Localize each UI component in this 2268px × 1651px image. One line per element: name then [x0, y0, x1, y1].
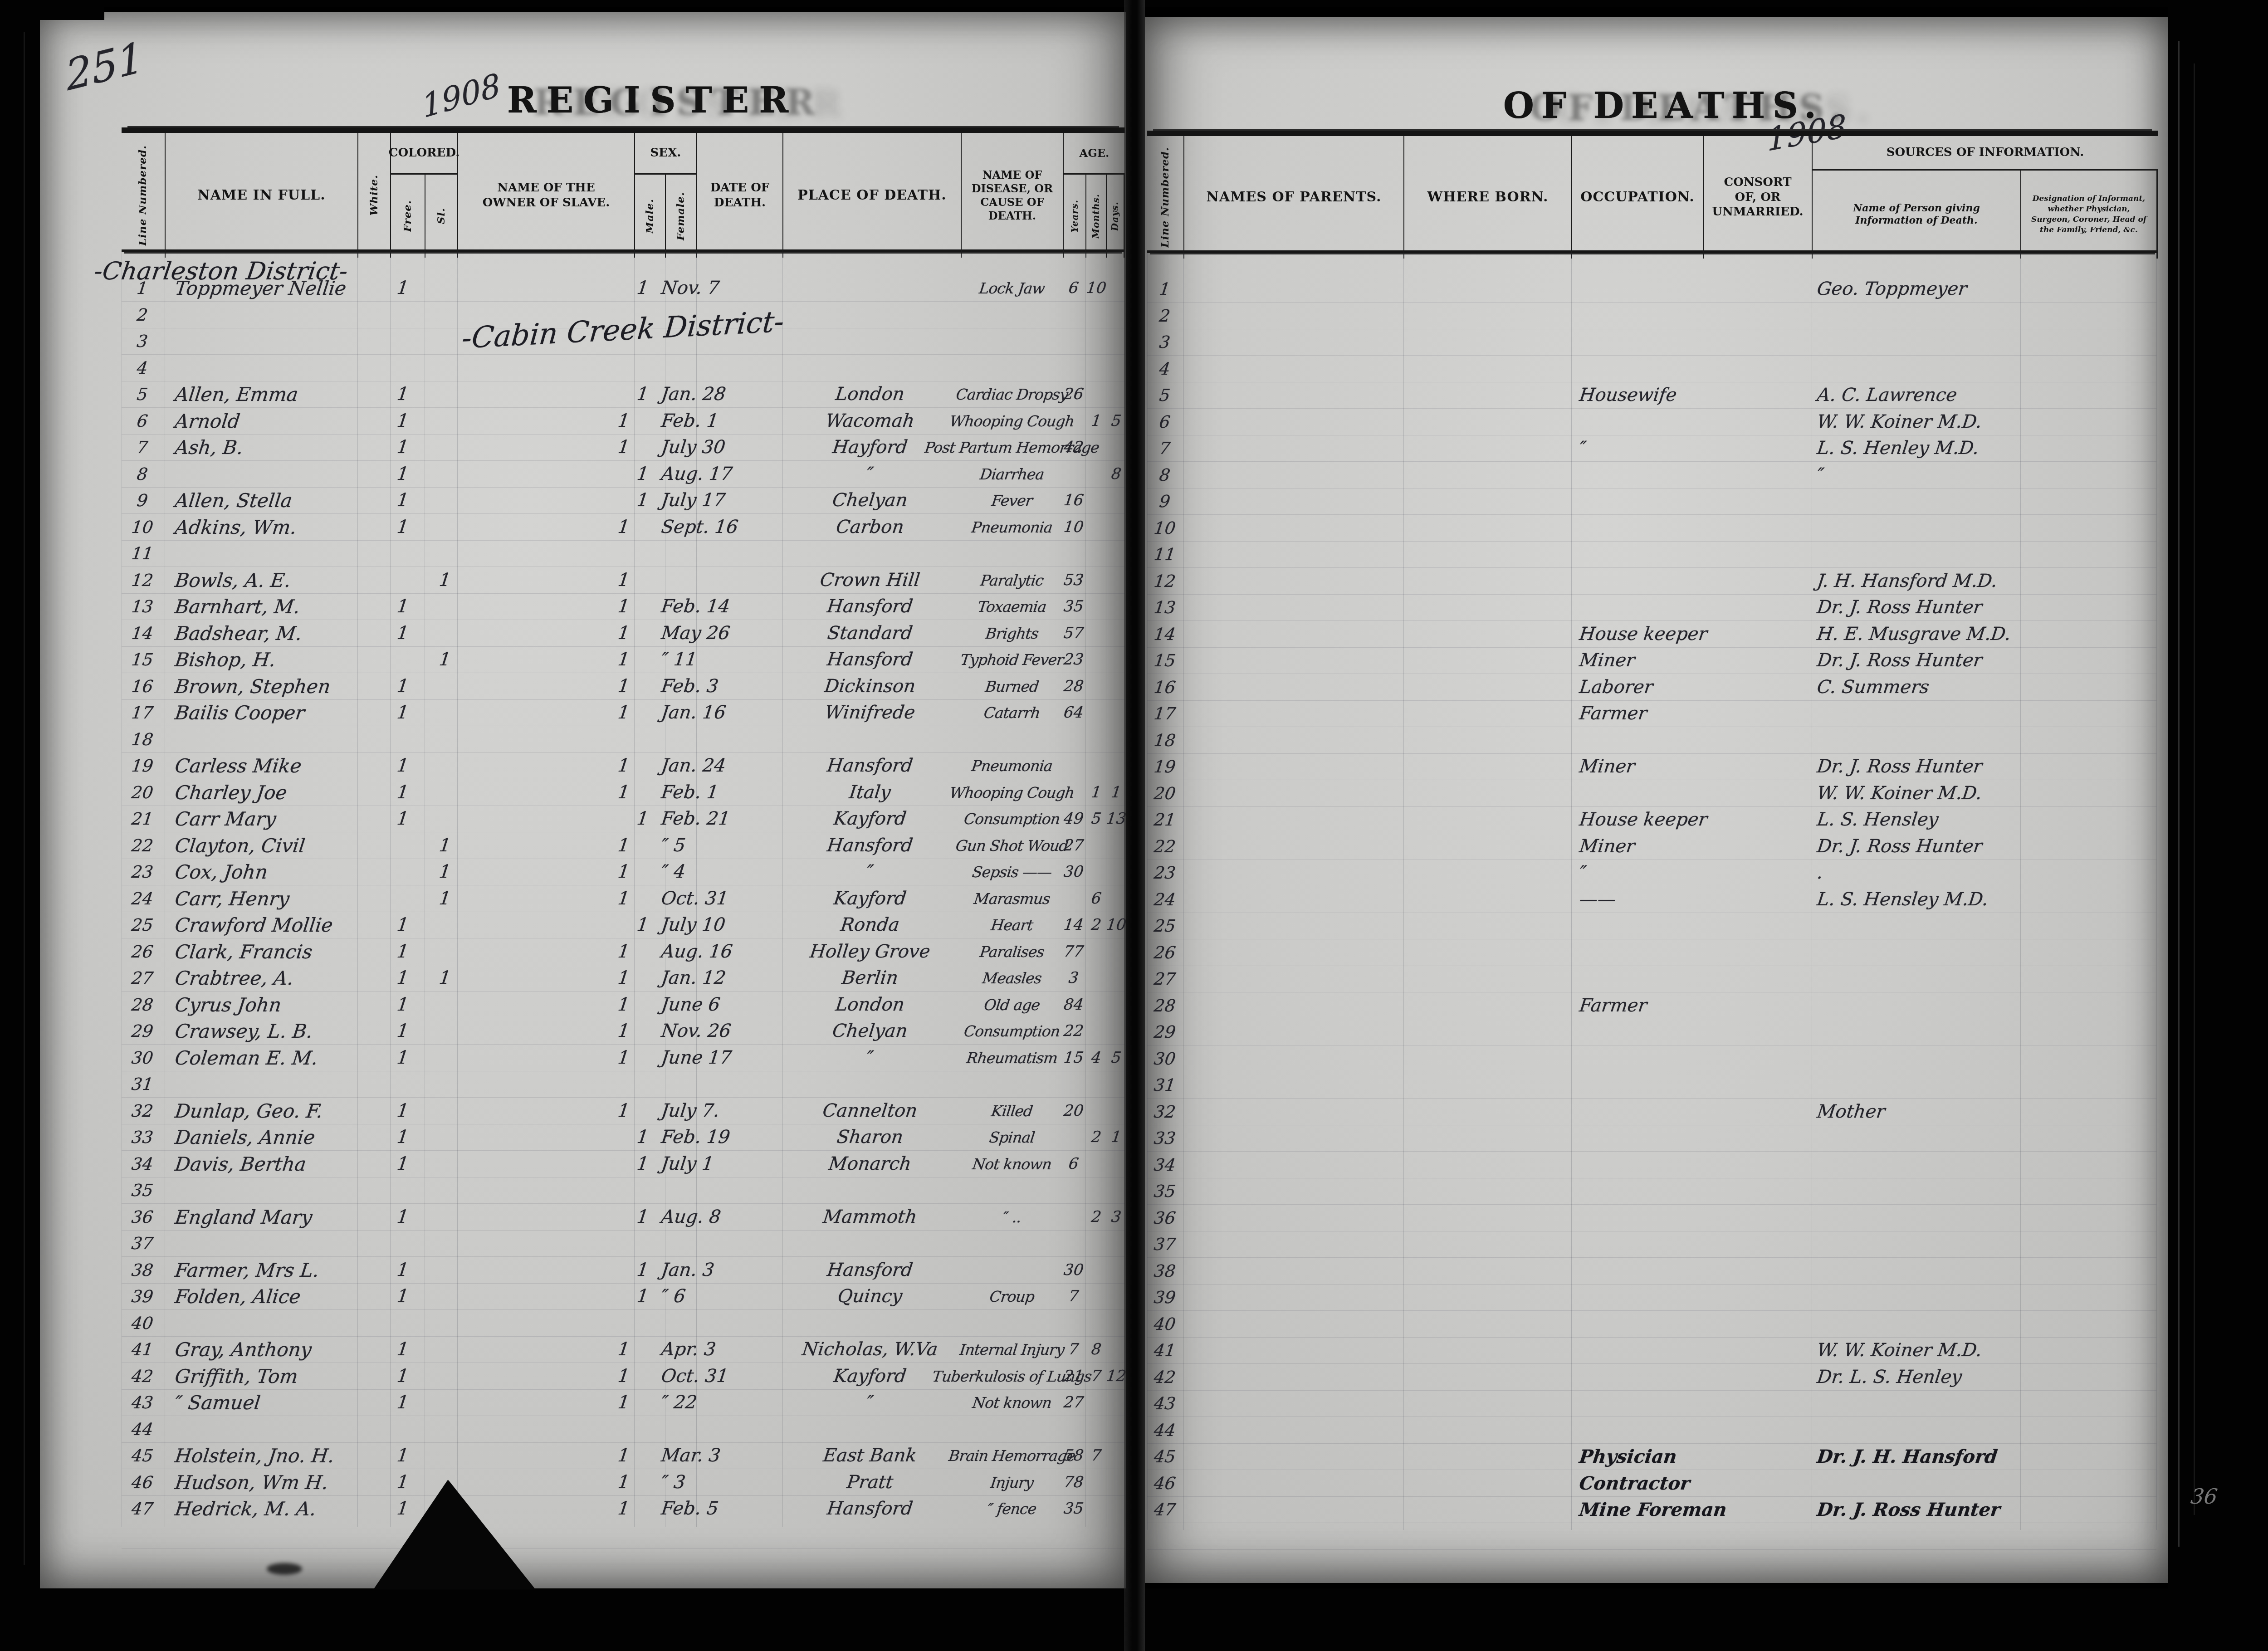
row-rule — [122, 699, 1125, 700]
cell-age-years: 77 — [1060, 939, 1088, 964]
cell-line-number: 34 — [119, 1152, 166, 1176]
cell-line-number: 8 — [119, 462, 166, 486]
cell-line-number-right: 37 — [1147, 1232, 1183, 1256]
col-header-consort: CONSORT OF, OR UNMARRIED. — [1703, 136, 1812, 259]
cell-white-mark: 1 — [381, 1470, 425, 1495]
cell-name-in-full: Crabtree, A. — [169, 966, 367, 990]
row-rule — [1147, 992, 2156, 992]
row-rule — [122, 1336, 1125, 1337]
row-rule — [1147, 1523, 2156, 1523]
cell-colored-mark: 1 — [423, 568, 467, 592]
cell-informant-name: Dr. J. Ross Hunter — [1811, 834, 2136, 859]
row-rule — [122, 1071, 1125, 1071]
cell-date-of-death: May 26 — [655, 621, 779, 645]
row-rule — [122, 620, 1125, 620]
cell-line-number-right: 18 — [1147, 728, 1183, 752]
cell-occupation: ″ — [1574, 436, 1808, 460]
cell-occupation: Miner — [1574, 754, 1808, 779]
cell-line-number-right: 36 — [1147, 1206, 1183, 1230]
col-header-name-in-full-label: NAME IN FULL. — [197, 187, 325, 204]
cell-line-number: 37 — [119, 1231, 166, 1255]
cell-date-of-death: Feb. 3 — [655, 674, 779, 698]
row-rule — [1147, 674, 2156, 674]
cell-sex-female-mark: 1 — [626, 276, 660, 300]
cell-line-number: 29 — [119, 1019, 166, 1043]
col-header-where-born: WHERE BORN. — [1403, 136, 1571, 259]
row-rule — [122, 1522, 1125, 1522]
cell-line-number-right: 42 — [1147, 1365, 1183, 1389]
cell-white-mark: 1 — [381, 1496, 425, 1521]
cell-date-of-death: Feb. 5 — [655, 1496, 779, 1521]
cell-name-in-full: Daniels, Annie — [169, 1125, 367, 1149]
cell-informant-name: L. S. Henley M.D. — [1811, 436, 2136, 460]
cell-line-number-right: 45 — [1147, 1444, 1183, 1469]
cell-line-number-right: 26 — [1147, 940, 1183, 965]
cell-place-of-death: Berlin — [778, 966, 963, 990]
cell-place-of-death: Crown Hill — [778, 568, 963, 592]
cell-cause-of-death: Injury — [958, 1470, 1066, 1495]
cell-place-of-death: Cannelton — [778, 1099, 963, 1123]
row-rule — [1147, 1310, 2156, 1311]
cell-colored-mark: 1 — [423, 886, 467, 911]
cell-line-number-right: 11 — [1147, 542, 1183, 567]
cell-age-years: 30 — [1060, 1258, 1088, 1282]
cell-line-number-right: 12 — [1147, 569, 1183, 593]
cell-cause-of-death: Killed — [958, 1099, 1066, 1123]
cell-line-number-right: 47 — [1147, 1497, 1183, 1522]
cell-line-number-right: 35 — [1147, 1179, 1183, 1203]
cell-white-mark: 1 — [381, 435, 425, 459]
cell-occupation: Miner — [1574, 834, 1808, 859]
row-rule — [122, 779, 1125, 779]
district-header-cabin-creek: -Cabin Creek District- — [460, 305, 785, 356]
row-rule — [122, 540, 1125, 541]
cell-cause-of-death: Sepsis —— — [958, 860, 1066, 884]
cell-line-number: 39 — [119, 1284, 166, 1309]
row-rule — [122, 593, 1125, 594]
column-rule — [1063, 252, 1063, 1527]
cell-sex-male-mark: 1 — [606, 1099, 641, 1123]
cell-colored-mark: 1 — [423, 860, 467, 884]
column-rule — [165, 252, 165, 1527]
cell-line-number: 24 — [119, 886, 166, 911]
row-rule — [122, 1283, 1125, 1284]
row-rule — [122, 487, 1125, 488]
book-edge-line — [2178, 41, 2180, 1547]
cell-age-months: 6 — [1085, 886, 1109, 911]
cell-place-of-death: Chelyan — [778, 488, 963, 513]
cell-line-number: 31 — [119, 1072, 166, 1096]
cell-age-years: 23 — [1060, 647, 1088, 672]
cell-colored-mark: 1 — [423, 833, 467, 858]
cell-sex-female-mark: 1 — [626, 1205, 660, 1229]
cell-sex-male-mark: 1 — [606, 1390, 641, 1415]
col-header-years: Years. — [1063, 175, 1085, 258]
cell-cause-of-death: Brights — [958, 621, 1066, 645]
cell-line-number-right: 20 — [1147, 781, 1183, 806]
cell-place-of-death: Sharon — [778, 1125, 963, 1149]
cell-age-years: 78 — [1060, 1470, 1088, 1495]
col-header-sex-group: SEX. — [634, 133, 696, 175]
row-rule — [122, 1309, 1125, 1310]
cell-place-of-death: Hansford — [778, 833, 963, 858]
cell-age-months: 5 — [1085, 806, 1109, 831]
col-header-free: Free. — [390, 175, 425, 258]
cell-occupation: House keeper — [1574, 622, 1808, 646]
cell-date-of-death: Jan. 24 — [655, 753, 779, 778]
row-rule — [122, 1124, 1125, 1124]
cell-cause-of-death: Gun Shot Woud — [958, 833, 1066, 858]
cell-age-months: 4 — [1085, 1045, 1109, 1070]
cell-occupation: Physician — [1574, 1444, 1808, 1469]
cell-sex-male-mark: 1 — [606, 621, 641, 645]
cell-age-years: 14 — [1060, 913, 1088, 937]
cell-place-of-death: East Bank — [778, 1443, 963, 1468]
cell-age-years: 21 — [1060, 1364, 1088, 1388]
cell-cause-of-death: Not known — [958, 1390, 1066, 1415]
cell-line-number: 12 — [119, 568, 166, 592]
cell-line-number-right: 5 — [1147, 383, 1183, 407]
row-rule — [122, 567, 1125, 567]
cell-cause-of-death: ″ fence — [958, 1496, 1066, 1521]
page-number: 251 — [62, 20, 147, 112]
cell-name-in-full: Toppmeyer Nellie — [169, 276, 367, 300]
cell-name-in-full: Carr Mary — [169, 806, 367, 831]
cell-date-of-death: July 10 — [655, 913, 779, 937]
cell-name-in-full: Arnold — [169, 409, 367, 433]
cell-line-number-right: 28 — [1147, 993, 1183, 1018]
col-header-slave: Sl. — [425, 175, 457, 258]
row-rule — [122, 752, 1125, 753]
cell-place-of-death: Dickinson — [778, 674, 963, 698]
cell-line-number: 18 — [119, 727, 166, 752]
cell-line-number: 13 — [119, 594, 166, 619]
row-rule — [1147, 514, 2156, 515]
cell-occupation: Farmer — [1574, 701, 1808, 726]
col-header-source-name: Name of Person giving Information of Dea… — [1812, 171, 2020, 259]
cell-white-mark: 1 — [381, 1258, 425, 1282]
column-rule — [457, 252, 458, 1527]
cell-sex-female-mark: 1 — [626, 488, 660, 513]
cell-cause-of-death: Fever — [958, 488, 1066, 513]
cell-colored-mark: 1 — [423, 966, 467, 990]
scan-border-right — [2168, 0, 2268, 1651]
row-rule — [122, 513, 1125, 514]
cell-place-of-death: Winifrede — [778, 700, 963, 725]
column-rule — [1183, 253, 1184, 1530]
column-rule — [2156, 253, 2157, 1530]
cell-cause-of-death: ″ .. — [958, 1205, 1066, 1229]
cell-sex-female-mark: 1 — [626, 806, 660, 831]
cell-age-months: 1 — [1085, 780, 1109, 805]
row-rule — [1147, 886, 2156, 886]
col-header-slave-label: Sl. — [435, 208, 448, 224]
cell-occupation: ″ — [1574, 860, 1808, 885]
cell-line-number-right: 19 — [1147, 754, 1183, 779]
cell-line-number-right: 40 — [1147, 1312, 1183, 1336]
cell-informant-name: ″ — [1811, 463, 2136, 487]
cell-occupation: Laborer — [1574, 675, 1808, 699]
cell-line-number-right: 9 — [1147, 489, 1183, 513]
cell-name-in-full: England Mary — [169, 1205, 367, 1229]
cell-name-in-full: Gray, Anthony — [169, 1337, 367, 1362]
cell-age-years: 26 — [1060, 382, 1088, 406]
cell-informant-name: . — [1811, 860, 2136, 885]
cell-date-of-death: July 17 — [655, 488, 779, 513]
cell-colored-mark: 1 — [423, 647, 467, 672]
cell-line-number: 26 — [119, 939, 166, 964]
row-rule — [122, 885, 1125, 885]
row-rule — [122, 991, 1125, 992]
col-header-occupation: OCCUPATION. — [1571, 136, 1703, 259]
cell-line-number: 23 — [119, 860, 166, 884]
left-table-header: Line Numbered. NAME IN FULL. White. COLO… — [122, 127, 1125, 252]
cell-age-years: 27 — [1060, 1390, 1088, 1415]
cell-cause-of-death: Toxaemia — [958, 594, 1066, 619]
cell-place-of-death: Quincy — [778, 1284, 963, 1309]
book-edge-line-2 — [2194, 63, 2195, 1515]
row-rule — [122, 1363, 1125, 1363]
cell-name-in-full: Allen, Stella — [169, 488, 367, 513]
row-rule — [122, 301, 1125, 302]
col-header-owner-of-slave-label: NAME OF THE OWNER OF SLAVE. — [476, 181, 616, 210]
cell-sex-male-mark: 1 — [606, 515, 641, 539]
row-rule — [1147, 1443, 2156, 1444]
row-rule — [122, 328, 1125, 328]
col-header-names-of-parents-label: NAMES OF PARENTS. — [1207, 189, 1382, 206]
cell-line-number-right: 39 — [1147, 1285, 1183, 1309]
row-rule — [1147, 1098, 2156, 1099]
cell-line-number: 5 — [119, 382, 166, 406]
row-rule — [1147, 647, 2156, 648]
cell-informant-name: W. W. Koiner M.D. — [1811, 781, 2136, 806]
cell-line-number: 20 — [119, 780, 166, 805]
cell-informant-name: H. E. Musgrave M.D. — [1811, 622, 2136, 646]
cell-date-of-death: Feb. 21 — [655, 806, 779, 831]
row-rule — [122, 1442, 1125, 1443]
cell-sex-male-mark: 1 — [606, 886, 641, 911]
scan-corner-top-left — [0, 0, 104, 20]
cell-sex-male-mark: 1 — [606, 568, 641, 592]
row-rule — [1147, 780, 2156, 780]
row-rule — [1147, 1019, 2156, 1019]
cell-line-number-right: 30 — [1147, 1046, 1183, 1071]
cell-place-of-death: Standard — [778, 621, 963, 645]
cell-line-number-right: 7 — [1147, 436, 1183, 460]
cell-date-of-death: ″ 6 — [655, 1284, 779, 1309]
cell-line-number-right: 23 — [1147, 860, 1183, 885]
cell-occupation: Mine Foreman — [1574, 1497, 1808, 1522]
cell-sex-male-mark: 1 — [606, 674, 641, 698]
cell-age-years: 49 — [1060, 806, 1088, 831]
cell-line-number: 43 — [119, 1390, 166, 1415]
col-header-months: Months. — [1085, 175, 1106, 258]
cell-line-number-right: 41 — [1147, 1338, 1183, 1363]
column-rule — [122, 252, 122, 1527]
cell-name-in-full: Davis, Bertha — [169, 1152, 367, 1176]
cell-informant-name: L. S. Hensley M.D. — [1811, 887, 2136, 912]
row-rule — [122, 434, 1125, 435]
cell-line-number: 35 — [119, 1178, 166, 1202]
col-header-male: Male. — [634, 175, 665, 258]
cell-name-in-full: Clayton, Civil — [169, 833, 367, 858]
col-header-cause-of-death: NAME OF DISEASE, OR CAUSE OF DEATH. — [961, 133, 1063, 258]
cell-white-mark: 1 — [381, 594, 425, 619]
cell-white-mark: 1 — [381, 276, 425, 300]
cell-informant-name: Mother — [1811, 1099, 2136, 1124]
cell-age-months: 2 — [1085, 1205, 1109, 1229]
cell-sex-male-mark: 1 — [606, 1364, 641, 1388]
cell-line-number-right: 46 — [1147, 1471, 1183, 1495]
cell-line-number-right: 8 — [1147, 463, 1183, 487]
cell-line-number-right: 29 — [1147, 1020, 1183, 1044]
cell-sex-female-mark: 1 — [626, 382, 660, 406]
cell-name-in-full: Dunlap, Geo. F. — [169, 1099, 367, 1123]
cell-age-years: 7 — [1060, 1337, 1088, 1362]
row-rule — [122, 407, 1125, 408]
cell-name-in-full: Crawford Mollie — [169, 913, 367, 937]
cell-line-number: 42 — [119, 1364, 166, 1388]
cell-line-number: 11 — [119, 541, 166, 566]
cell-white-mark: 1 — [381, 621, 425, 645]
cell-informant-name: Geo. Toppmeyer — [1811, 277, 2136, 301]
cell-line-number: 47 — [119, 1496, 166, 1521]
cell-age-years: 64 — [1060, 700, 1088, 725]
cell-informant-name: Dr. J. Ross Hunter — [1811, 1497, 2136, 1522]
row-rule — [1147, 567, 2156, 568]
cell-cause-of-death: Spinal — [958, 1125, 1066, 1149]
cell-line-number-right: 38 — [1147, 1259, 1183, 1283]
row-rule — [1147, 620, 2156, 621]
row-rule — [1147, 1363, 2156, 1364]
cell-informant-name: J. H. Hansford M.D. — [1811, 569, 2136, 593]
cell-name-in-full: Ash, B. — [169, 435, 367, 459]
cell-sex-male-mark: 1 — [606, 780, 641, 805]
cell-name-in-full: Adkins, Wm. — [169, 515, 367, 539]
cell-line-number: 22 — [119, 833, 166, 858]
cell-name-in-full: Carless Mike — [169, 753, 367, 778]
cell-cause-of-death: Marasmus — [958, 886, 1066, 911]
col-header-female: Female. — [665, 175, 696, 258]
cell-age-months: 2 — [1085, 1125, 1109, 1149]
cell-line-number: 45 — [119, 1443, 166, 1468]
col-header-designation-label: Designation of Informant, whether Physic… — [2028, 194, 2149, 235]
cell-sex-male-mark: 1 — [606, 939, 641, 964]
cell-line-number: 33 — [119, 1125, 166, 1149]
row-rule — [1147, 1231, 2156, 1231]
cell-cause-of-death: Catarrh — [958, 700, 1066, 725]
column-rule — [961, 252, 961, 1527]
cell-age-years: 7 — [1060, 1284, 1088, 1309]
cell-name-in-full: Crawsey, L. B. — [169, 1019, 367, 1043]
cell-line-number-right: 13 — [1147, 595, 1183, 620]
row-rule — [122, 1469, 1125, 1469]
row-rule — [1147, 302, 2156, 303]
cell-date-of-death: Mar. 3 — [655, 1443, 779, 1468]
column-rule — [782, 252, 783, 1527]
col-header-colored-label: COLORED. — [389, 146, 459, 161]
cell-line-number: 14 — [119, 621, 166, 645]
col-header-consort-label: CONSORT OF, OR UNMARRIED. — [1712, 175, 1803, 220]
cell-date-of-death: Feb. 14 — [655, 594, 779, 619]
col-header-place-of-death: PLACE OF DEATH. — [782, 133, 961, 258]
cell-sex-female-mark: 1 — [626, 1258, 660, 1282]
col-header-male-label: Male. — [644, 199, 657, 234]
row-rule — [122, 1203, 1125, 1204]
column-rule — [634, 252, 635, 1527]
col-header-place-of-death-label: PLACE OF DEATH. — [797, 187, 947, 204]
cell-place-of-death: London — [778, 382, 963, 406]
col-header-where-born-label: WHERE BORN. — [1427, 189, 1548, 206]
cell-age-years: 42 — [1060, 435, 1088, 459]
cell-line-number: 41 — [119, 1337, 166, 1362]
cell-occupation: House keeper — [1574, 807, 1808, 832]
cell-line-number: 1 — [119, 276, 166, 300]
cell-white-mark: 1 — [381, 806, 425, 831]
cell-date-of-death: Nov. 26 — [655, 1019, 779, 1043]
cell-date-of-death: Jan. 16 — [655, 700, 779, 725]
cell-date-of-death: July 30 — [655, 435, 779, 459]
cell-age-years: 10 — [1060, 515, 1088, 539]
col-header-years-label: Years. — [1069, 200, 1080, 233]
row-rule — [1147, 1151, 2156, 1152]
cell-white-mark: 1 — [381, 1284, 425, 1309]
cell-white-mark: 1 — [381, 674, 425, 698]
cell-line-number: 19 — [119, 753, 166, 778]
cell-white-mark: 1 — [381, 1443, 425, 1468]
cell-informant-name: Dr. J. H. Hansford — [1811, 1444, 2136, 1469]
col-header-date-of-death-label: DATE OF DEATH. — [700, 181, 780, 210]
cell-sex-male-mark: 1 — [606, 594, 641, 619]
col-header-days: Days. — [1106, 175, 1125, 258]
row-rule — [1147, 355, 2156, 356]
row-rule — [1147, 1549, 2156, 1550]
cell-white-mark: 1 — [381, 1205, 425, 1229]
row-rule — [122, 1416, 1125, 1416]
cell-age-years: 16 — [1060, 488, 1088, 513]
cell-informant-name: Dr. J. Ross Hunter — [1811, 595, 2136, 620]
cell-cause-of-death: Not known — [958, 1152, 1066, 1176]
cell-line-number-right: 22 — [1147, 834, 1183, 859]
row-rule — [1147, 1284, 2156, 1285]
cell-age-months: 1 — [1085, 409, 1109, 433]
cell-sex-male-mark: 1 — [606, 1337, 641, 1362]
row-rule — [122, 1495, 1125, 1496]
cell-cause-of-death: Lock Jaw — [958, 276, 1066, 300]
cell-age-years: 53 — [1060, 568, 1088, 592]
cell-informant-name: Dr. J. Ross Hunter — [1811, 754, 2136, 779]
column-rule — [696, 252, 697, 1527]
cell-sex-male-mark: 1 — [606, 647, 641, 672]
row-rule — [122, 646, 1125, 647]
cell-age-years: 6 — [1060, 1152, 1088, 1176]
cell-name-in-full: Barnhart, M. — [169, 594, 367, 619]
cell-date-of-death: Oct. 31 — [655, 1364, 779, 1388]
row-rule — [1147, 806, 2156, 807]
cell-white-mark: 1 — [381, 409, 425, 433]
cell-cause-of-death: Post Partum Hemorrage — [958, 435, 1066, 459]
cell-place-of-death: Chelyan — [778, 1019, 963, 1043]
cell-white-mark: 1 — [381, 462, 425, 486]
cell-white-mark: 1 — [381, 1337, 425, 1362]
cell-age-months: 7 — [1085, 1364, 1109, 1388]
cell-date-of-death: Aug. 16 — [655, 939, 779, 964]
col-header-white: White. — [357, 133, 390, 258]
cell-place-of-death: Hansford — [778, 594, 963, 619]
cell-occupation: Housewife — [1574, 383, 1808, 407]
cell-sex-male-mark: 1 — [606, 966, 641, 990]
cell-line-number: 2 — [119, 303, 166, 327]
